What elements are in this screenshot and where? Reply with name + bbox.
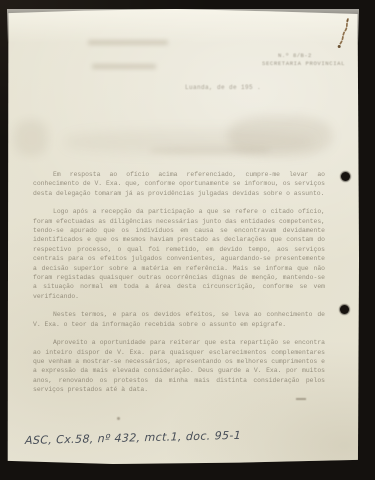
ink-speck: [117, 417, 120, 420]
typed-reference-line-2: SECRETARIA PROVINCIAL: [262, 60, 345, 67]
scanned-document-page: N.º 8/B-2 SECRETARIA PROVINCIAL Luanda, …: [0, 0, 375, 480]
typed-date-line: Luanda, de de 195 .: [185, 84, 261, 91]
typed-paragraph: Nestes termos, e para os devidos efeitos…: [33, 310, 325, 329]
typed-paragraph: Aproveito a oportunidade para reiterar q…: [33, 338, 325, 394]
typed-paragraph: Logo após a recepção da participação a q…: [33, 207, 325, 301]
typed-body-text: Em resposta ao ofício acima referenciado…: [33, 170, 325, 404]
show-through-ghost: [92, 64, 156, 69]
ink-speck: [296, 398, 306, 400]
typed-reference-line-1: N.º 8/B-2: [278, 52, 312, 59]
typed-paragraph: Em resposta ao ofício acima referenciado…: [33, 170, 325, 198]
hole-punch: [341, 172, 350, 181]
hole-punch: [340, 305, 349, 314]
pen-squiggle-mark: [332, 16, 354, 54]
show-through-ghost: [14, 120, 48, 156]
show-through-ghost: [88, 40, 168, 45]
show-through-ghost: [150, 146, 270, 155]
